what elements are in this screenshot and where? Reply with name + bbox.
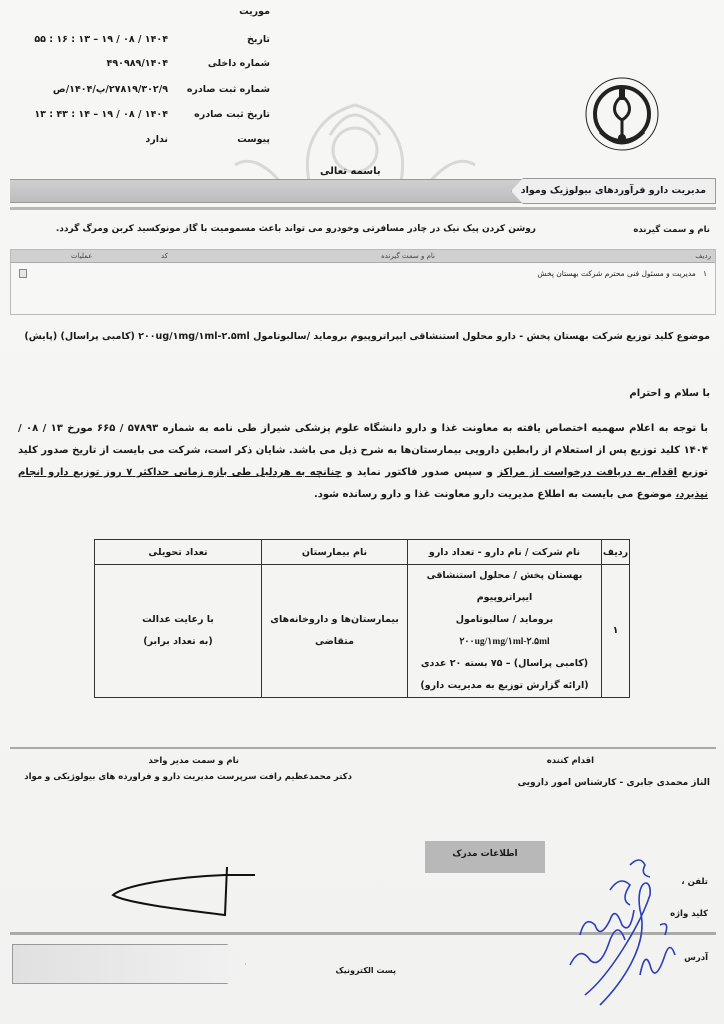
cell-drug: بهستان پخش / محلول استنشاقی ایپراتروپیوم… <box>408 565 602 698</box>
col-drug: نام شرکت / نام دارو - تعداد دارو <box>408 540 602 565</box>
meta-issued-date: تاریخ ثبت صادره ۱۴۰۴ / ۰۸ / ۱۹ – ۱۴ : ۴۳… <box>34 109 270 120</box>
table-row: ۱ بهستان پخش / محلول استنشاقی ایپراتروپی… <box>95 565 630 698</box>
manager-name: دکتر محمدعظیم رافت سرپرست مدیریت دارو و … <box>24 772 352 782</box>
col-code: کد <box>161 252 168 260</box>
email-label: پست الکترونیک <box>336 966 396 975</box>
department-band: مدیریت دارو فرآوردهای بیولوژیک ومواد <box>10 178 716 204</box>
distribution-table-header: ردیف نام شرکت / نام دارو - تعداد دارو نا… <box>95 540 630 565</box>
meta-date: تاریخ ۱۴۰۴ / ۰۸ / ۱۹ – ۱۳ : ۱۶ : ۵۵ <box>34 34 270 45</box>
cell-index: ۱ <box>602 565 630 698</box>
meta-title: موریت <box>239 6 270 17</box>
university-logo-icon <box>582 74 662 156</box>
recipients-table: ردیف نام و سمت گیرنده کد عملیات ۱ مدیریت… <box>10 249 716 315</box>
greeting: با سلام و احترام <box>629 388 710 399</box>
email-field[interactable] <box>12 944 246 984</box>
basmala: باسمه تعالی <box>320 166 381 177</box>
col-index: ردیف <box>695 252 711 260</box>
meta-attachment: پیوست ندارد <box>145 134 270 145</box>
department-title: مدیریت دارو فرآوردهای بیولوژیک ومواد <box>521 185 706 196</box>
col-index: ردیف <box>602 540 630 565</box>
action-by-label: اقدام کننده <box>547 756 594 766</box>
signature-icon <box>105 865 265 925</box>
distribution-table: ردیف نام شرکت / نام دارو - تعداد دارو نا… <box>94 539 630 698</box>
meta-issued-number: شماره ثبت صادره ۲۷۸۱۹/۳۰۲/۹/پ/۱۴۰۴/ص <box>53 84 270 95</box>
band-bar <box>10 179 525 203</box>
meta-internal-number: شماره داخلی ۴۹۰۹۸۹/۱۴۰۴ <box>107 58 270 69</box>
table-row: ۱ مدیریت و مسئول فنی محترم شرکت بهستان پ… <box>537 269 707 278</box>
document-info-button[interactable]: اطلاعات مدرک <box>425 841 545 873</box>
body-paragraph: با توجه به اعلام سهمیه اختصاص یافته به م… <box>18 418 708 506</box>
divider <box>10 207 716 210</box>
col-hospital: نام بیمارستان <box>262 540 408 565</box>
letter-page: موریت تاریخ ۱۴۰۴ / ۰۸ / ۱۹ – ۱۳ : ۱۶ : ۵… <box>0 0 724 1024</box>
subject-line: موضوع کلید توزیع شرکت بهستان پخش - دارو … <box>24 331 710 342</box>
col-operations: عملیات <box>71 252 92 260</box>
row-operations-icon[interactable] <box>19 269 27 278</box>
manager-label: نام و سمت مدیر واحد <box>148 756 239 766</box>
cell-quantity: با رعایت عدالت (به تعداد برابر) <box>95 565 262 698</box>
safety-warning: روشن کردن پیک نیک در چادر مسافرتی وخودرو… <box>56 224 536 234</box>
cell-hospital: بیمارستان‌ها و داروخانه‌های متقاضی <box>262 565 408 698</box>
recipients-table-header: ردیف نام و سمت گیرنده کد عملیات <box>11 250 715 263</box>
col-quantity: تعداد تحویلی <box>95 540 262 565</box>
handwritten-note-icon <box>540 835 690 1015</box>
col-recipient: نام و سمت گیرنده <box>381 252 435 260</box>
action-by: الناز محمدی جابری - کارشناس امور دارویی <box>518 778 710 788</box>
divider <box>10 747 716 749</box>
recipient-label: نام و سمت گیرنده <box>633 225 710 235</box>
